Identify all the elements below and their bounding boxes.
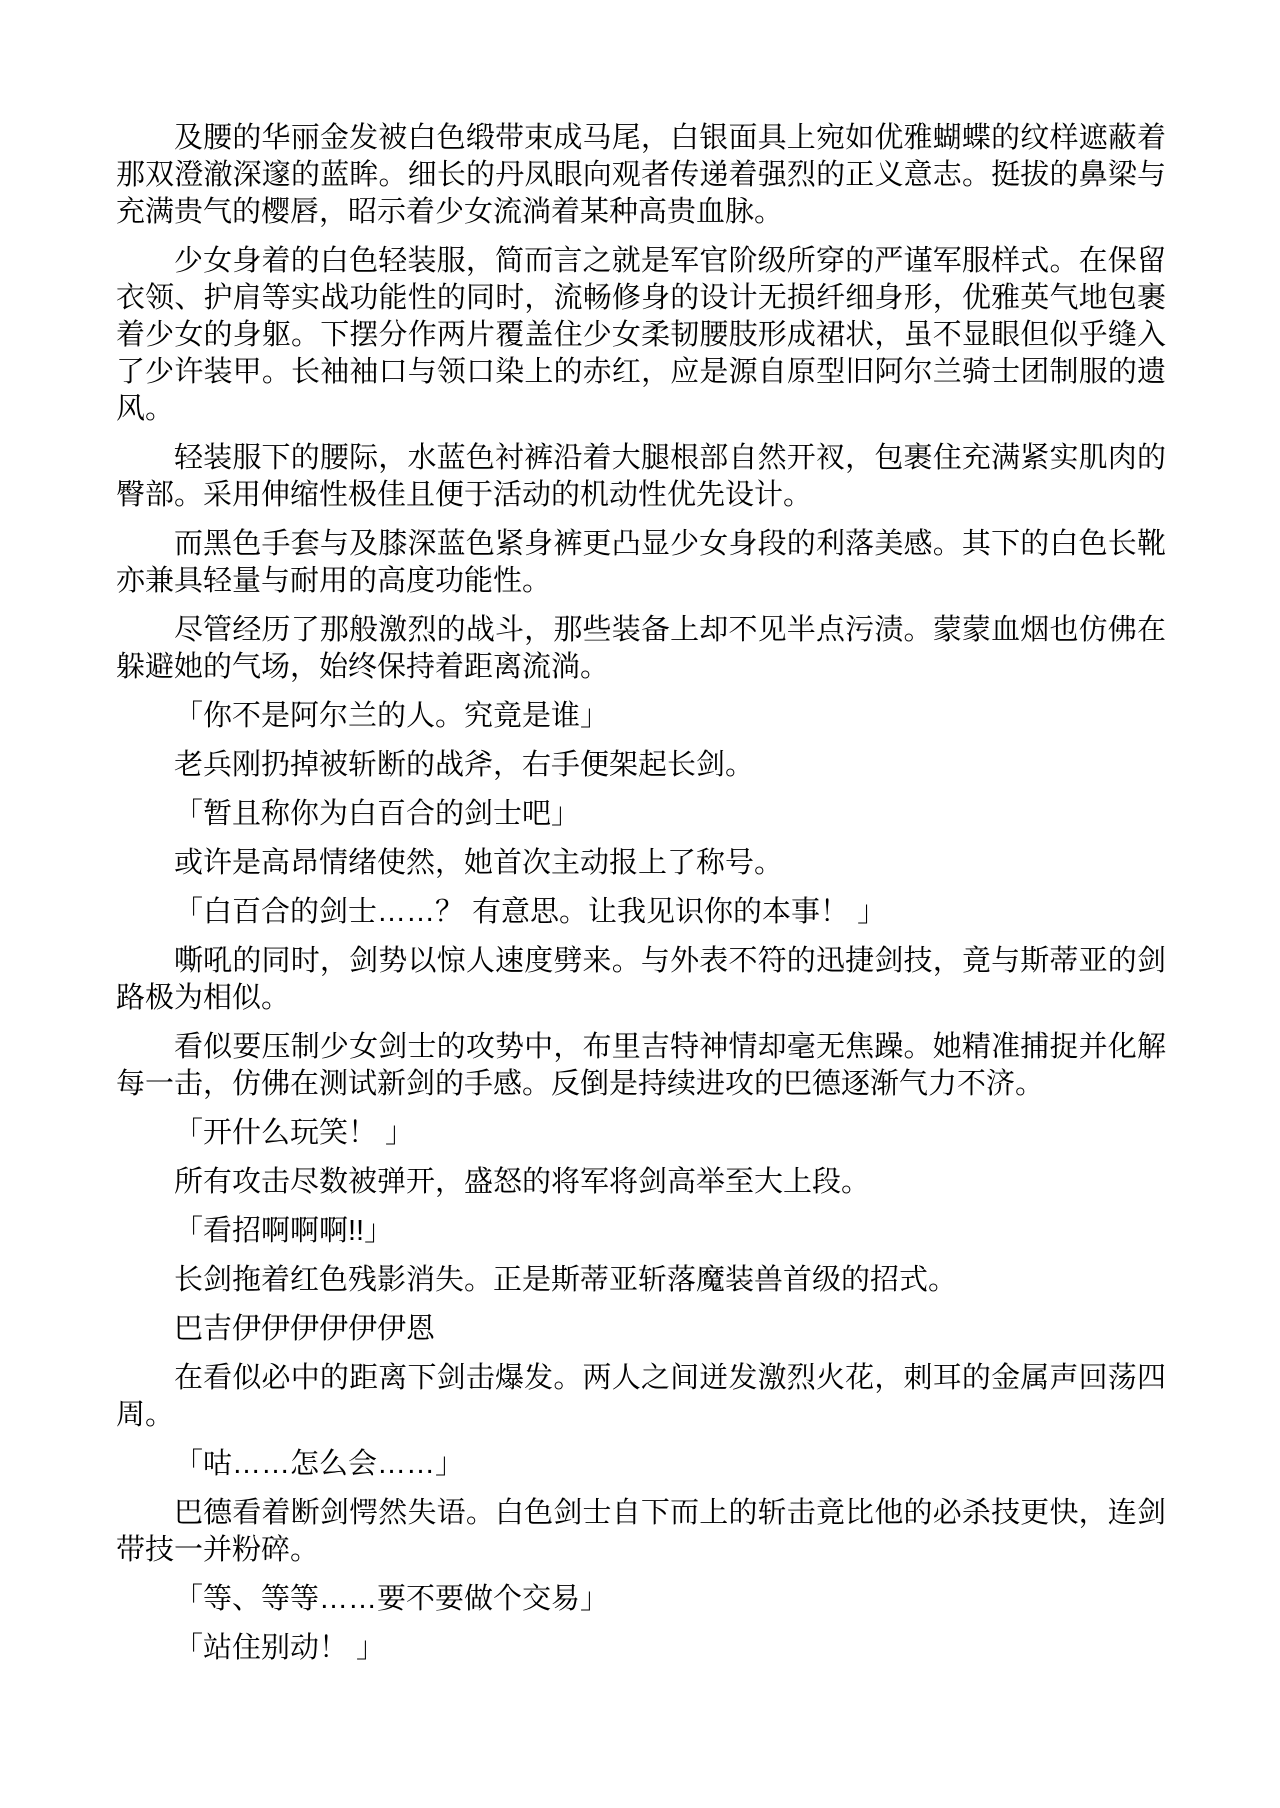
narration-paragraph: 在看似必中的距离下剑击爆发。两人之间迸发激烈火花，刺耳的金属声回荡四周。 [116,1360,1166,1434]
novel-page: 及腰的华丽金发被白色缎带束成马尾，白银面具上宛如优雅蝴蝶的纹样遮蔽着那双澄澈深邃… [0,0,1280,1808]
dialogue-line: 「开什么玩笑！ 」 [116,1115,1166,1152]
narration-paragraph: 轻装服下的腰际，水蓝色衬裤沿着大腿根部自然开衩，包裹住充满紧实肌肉的臀部。采用伸… [116,440,1166,514]
dialogue-line: 「等、等等……要不要做个交易」 [116,1581,1166,1618]
narration-paragraph: 或许是高昂情绪使然，她首次主动报上了称号。 [116,845,1166,882]
dialogue-line: 「暂且称你为白百合的剑士吧」 [116,796,1166,833]
narration-paragraph: 少女身着的白色轻装服，简而言之就是军官阶级所穿的严谨军服样式。在保留衣领、护肩等… [116,243,1166,428]
narration-paragraph: 所有攻击尽数被弹开，盛怒的将军将剑高举至大上段。 [116,1164,1166,1201]
narration-paragraph: 巴吉伊伊伊伊伊伊恩 [116,1311,1166,1348]
dialogue-line: 「白百合的剑士……？ 有意思。让我见识你的本事！ 」 [116,894,1166,931]
narration-paragraph: 长剑拖着红色残影消失。正是斯蒂亚斩落魔装兽首级的招式。 [116,1262,1166,1299]
dialogue-line: 「看招啊啊啊!!」 [116,1213,1166,1250]
dialogue-line: 「站住别动！ 」 [116,1630,1166,1667]
narration-paragraph: 而黑色手套与及膝深蓝色紧身裤更凸显少女身段的利落美感。其下的白色长靴亦兼具轻量与… [116,526,1166,600]
dialogue-line: 「你不是阿尔兰的人。究竟是谁」 [116,698,1166,735]
narration-paragraph: 尽管经历了那般激烈的战斗，那些装备上却不见半点污渍。蒙蒙血烟也仿佛在躲避她的气场… [116,612,1166,686]
narration-paragraph: 嘶吼的同时，剑势以惊人速度劈来。与外表不符的迅捷剑技，竟与斯蒂亚的剑路极为相似。 [116,943,1166,1017]
paragraph-list: 及腰的华丽金发被白色缎带束成马尾，白银面具上宛如优雅蝴蝶的纹样遮蔽着那双澄澈深邃… [116,120,1166,1667]
narration-paragraph: 看似要压制少女剑士的攻势中，布里吉特神情却毫无焦躁。她精准捕捉并化解每一击，仿佛… [116,1029,1166,1103]
dialogue-line: 「咕……怎么会……」 [116,1446,1166,1483]
narration-paragraph: 巴德看着断剑愕然失语。白色剑士自下而上的斩击竟比他的必杀技更快，连剑带技一并粉碎… [116,1495,1166,1569]
narration-paragraph: 老兵刚扔掉被斩断的战斧，右手便架起长剑。 [116,747,1166,784]
narration-paragraph: 及腰的华丽金发被白色缎带束成马尾，白银面具上宛如优雅蝴蝶的纹样遮蔽着那双澄澈深邃… [116,120,1166,231]
